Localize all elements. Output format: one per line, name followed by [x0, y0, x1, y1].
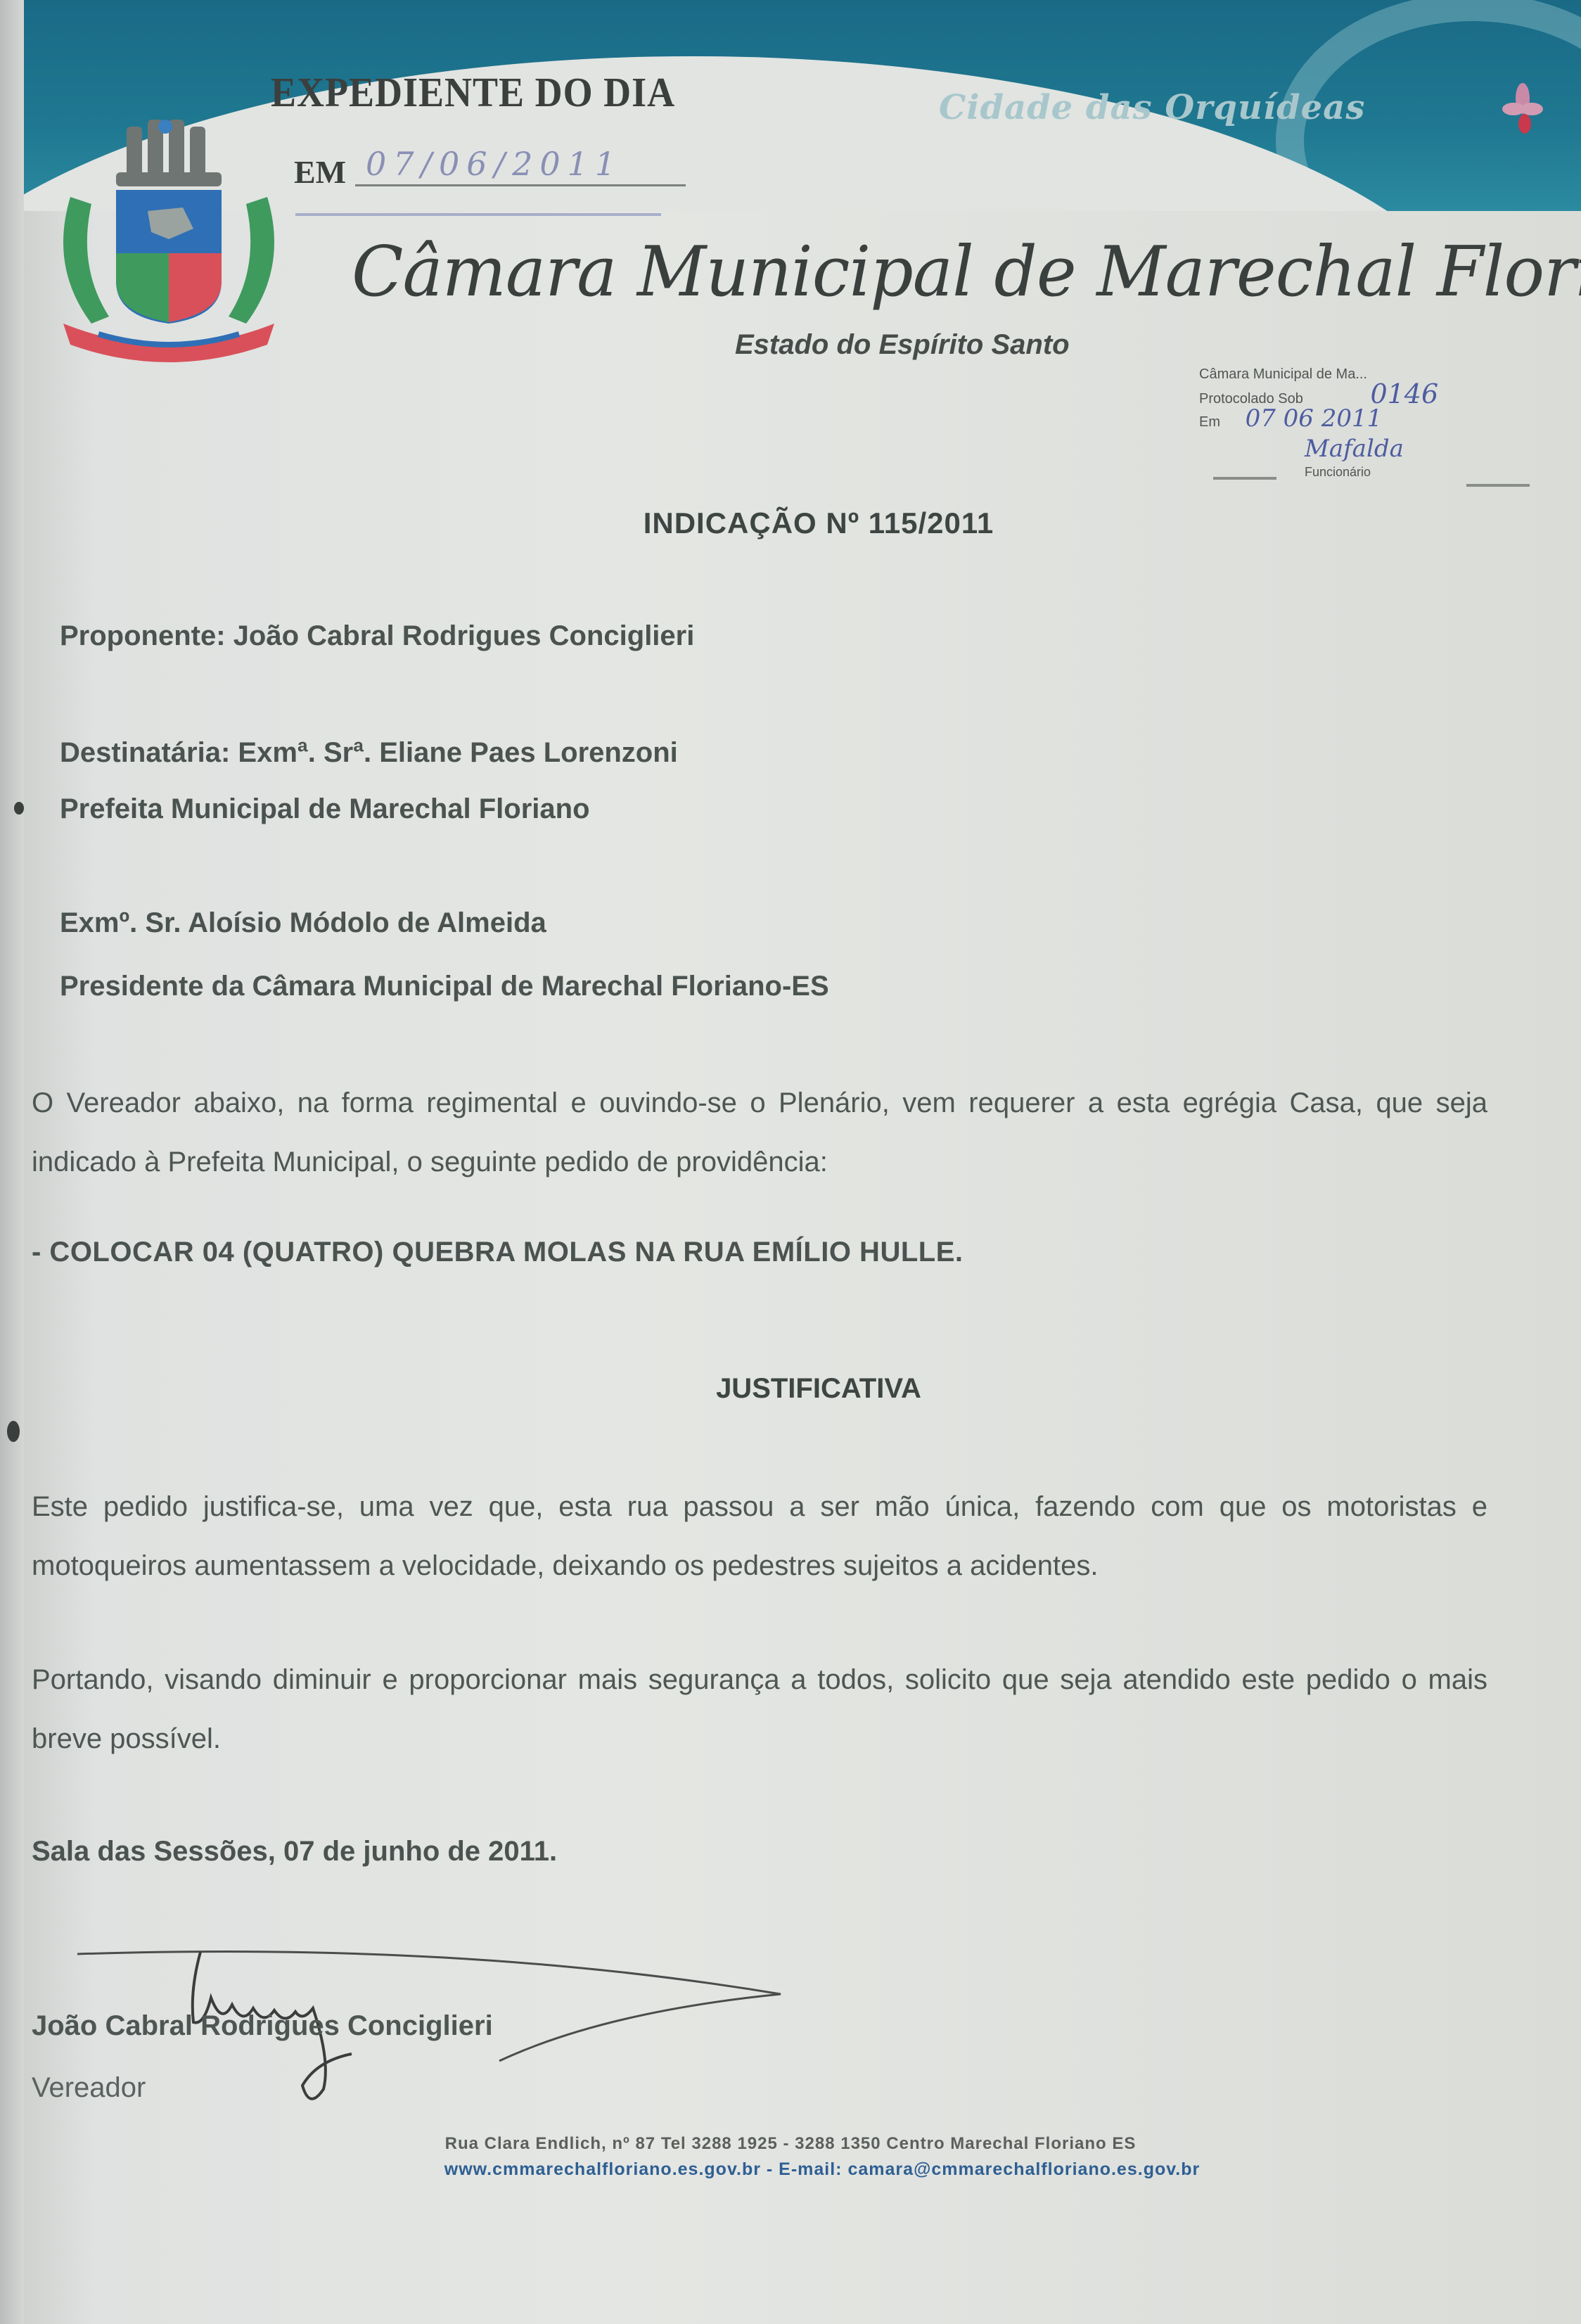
signer-name: João Cabral Rodrigues Conciglieri	[32, 2010, 493, 2042]
document-title: INDICAÇÃO Nº 115/2011	[0, 506, 1581, 540]
protocol-stamp: Câmara Municipal de Ma... Protocolado So…	[1199, 364, 1565, 482]
proponente: Proponente: João Cabral Rodrigues Concig…	[60, 620, 694, 652]
footer-address: Rua Clara Endlich, nº 87 Tel 3288 1925 -…	[0, 2134, 1581, 2154]
expediente-label: EXPEDIENTE DO DIA	[271, 68, 675, 116]
intro-paragraph: O Vereador abaixo, na forma regimental e…	[32, 1073, 1487, 1192]
stamp-ink-line	[295, 213, 661, 216]
protocol-dash	[1213, 477, 1276, 480]
protocol-line-3: Em 07 06 2011	[1199, 409, 1565, 432]
page-edge	[0, 0, 24, 2324]
request-item: - COLOCAR 04 (QUATRO) QUEBRA MOLAS NA RU…	[32, 1237, 964, 1268]
presidente-cargo: Presidente da Câmara Municipal de Marech…	[60, 971, 829, 1002]
slogan: Cidade das Orquídeas	[939, 88, 1365, 127]
protocol-signature: Mafalda	[1305, 435, 1404, 463]
orchid-icon	[1498, 77, 1547, 141]
protocol-line-4: Mafalda	[1199, 439, 1565, 462]
presidente: Exmº. Sr. Aloísio Módolo de Almeida	[60, 907, 546, 939]
institution-title: Câmara Municipal de Marechal Floriano	[352, 232, 1581, 312]
handwritten-date: 07/06/2011	[366, 145, 622, 183]
date-underline	[355, 184, 686, 186]
state-subtitle: Estado do Espírito Santo	[735, 329, 1070, 361]
margin-mark	[7, 1421, 20, 1442]
em-label: EM	[294, 153, 346, 191]
justificativa-paragraph-1: Este pedido justifica-se, uma vez que, e…	[32, 1477, 1487, 1595]
place-date: Sala das Sessões, 07 de junho de 2011.	[32, 1836, 557, 1867]
destinataria-cargo: Prefeita Municipal de Marechal Floriano	[60, 793, 590, 825]
justificativa-paragraph-2: Portando, visando diminuir e proporciona…	[32, 1650, 1487, 1768]
protocol-dash	[1466, 484, 1530, 487]
margin-mark	[14, 802, 24, 815]
protocol-date: 07 06 2011	[1246, 404, 1383, 433]
coat-of-arms-icon	[42, 113, 295, 373]
justificativa-title: JUSTIFICATIVA	[0, 1373, 1581, 1405]
footer-web[interactable]: www.cmmarechalfloriano.es.gov.br - E-mai…	[0, 2159, 1581, 2180]
protocol-em-label: Em	[1199, 414, 1220, 430]
signer-role: Vereador	[32, 2072, 146, 2104]
destinataria: Destinatária: Exmª. Srª. Eliane Paes Lor…	[60, 737, 678, 769]
